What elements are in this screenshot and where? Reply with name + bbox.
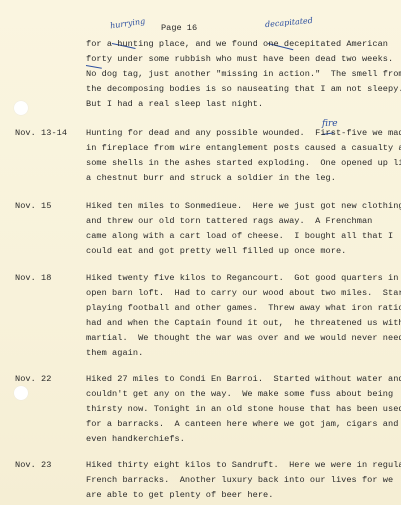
text-line: them again. [86,348,143,358]
text-line: even handkerchiefs. [86,434,185,444]
text-line: came along with a cart load of cheese. I… [86,231,393,241]
text-line: playing football and other games. Threw … [86,303,401,313]
text-line: Hunting for dead and any possible wounde… [86,128,401,138]
text-line: could eat and got pretty well filled up … [86,246,346,256]
entry-date: Nov. 15 [15,201,51,211]
text-line: But I had a real sleep last night. [86,99,263,109]
text-line: martial. We thought the war was over and… [86,333,401,343]
punch-hole [14,101,28,115]
text-line: the decomposing bodies is so nauseating … [86,84,401,94]
text-line: Hiked ten miles to Sonmedieue. Here we j… [86,201,401,211]
text-line: had and when the Captain found it out, h… [86,318,401,328]
text-line: some shells in the ashes started explodi… [86,158,401,168]
scan-border [0,505,401,512]
punch-hole [14,386,28,400]
text-line: for a barracks. A canteen here where we … [86,419,398,429]
handwritten-correction-hurrying: hurrying [110,17,146,31]
text-line: couldn't get any on the way. We make som… [86,389,393,399]
text-line: Hiked thirty eight kilos to Sandruft. He… [86,460,401,470]
text-line: are able to get plenty of beer here. [86,490,273,500]
text-line: French barracks. Another luxury back int… [86,475,393,485]
page-number: Page 16 [161,23,197,33]
text-line: Hiked 27 miles to Condi En Barroi. Start… [86,374,401,384]
text-line: and threw our old torn tattered rags awa… [86,216,372,226]
entry-date: Nov. 18 [15,273,51,283]
text-line: forty under some rubbish who must have b… [86,54,393,64]
text-line: Hiked twenty five kilos to Regancourt. G… [86,273,401,283]
text-line: open barn loft. Had to carry our wood ab… [86,288,401,298]
text-line: a chestnut burr and struck a soldier in … [86,173,336,183]
entry-date: Nov. 22 [15,374,51,384]
text-line: in fireplace from wire entanglement post… [86,143,401,153]
entry-date: Nov. 23 [15,460,51,470]
text-line: thirsty now. Tonight in an old stone hou… [86,404,401,414]
text-line: No dog tag, just another "missing in act… [86,69,401,79]
document-page: Page 16 hurrying decapitated fire for a … [0,0,401,508]
text-line: for a hunting place, and we found one de… [86,39,388,49]
entry-date: Nov. 13-14 [15,128,67,138]
handwritten-correction-decapitated: decapitated [265,16,313,29]
